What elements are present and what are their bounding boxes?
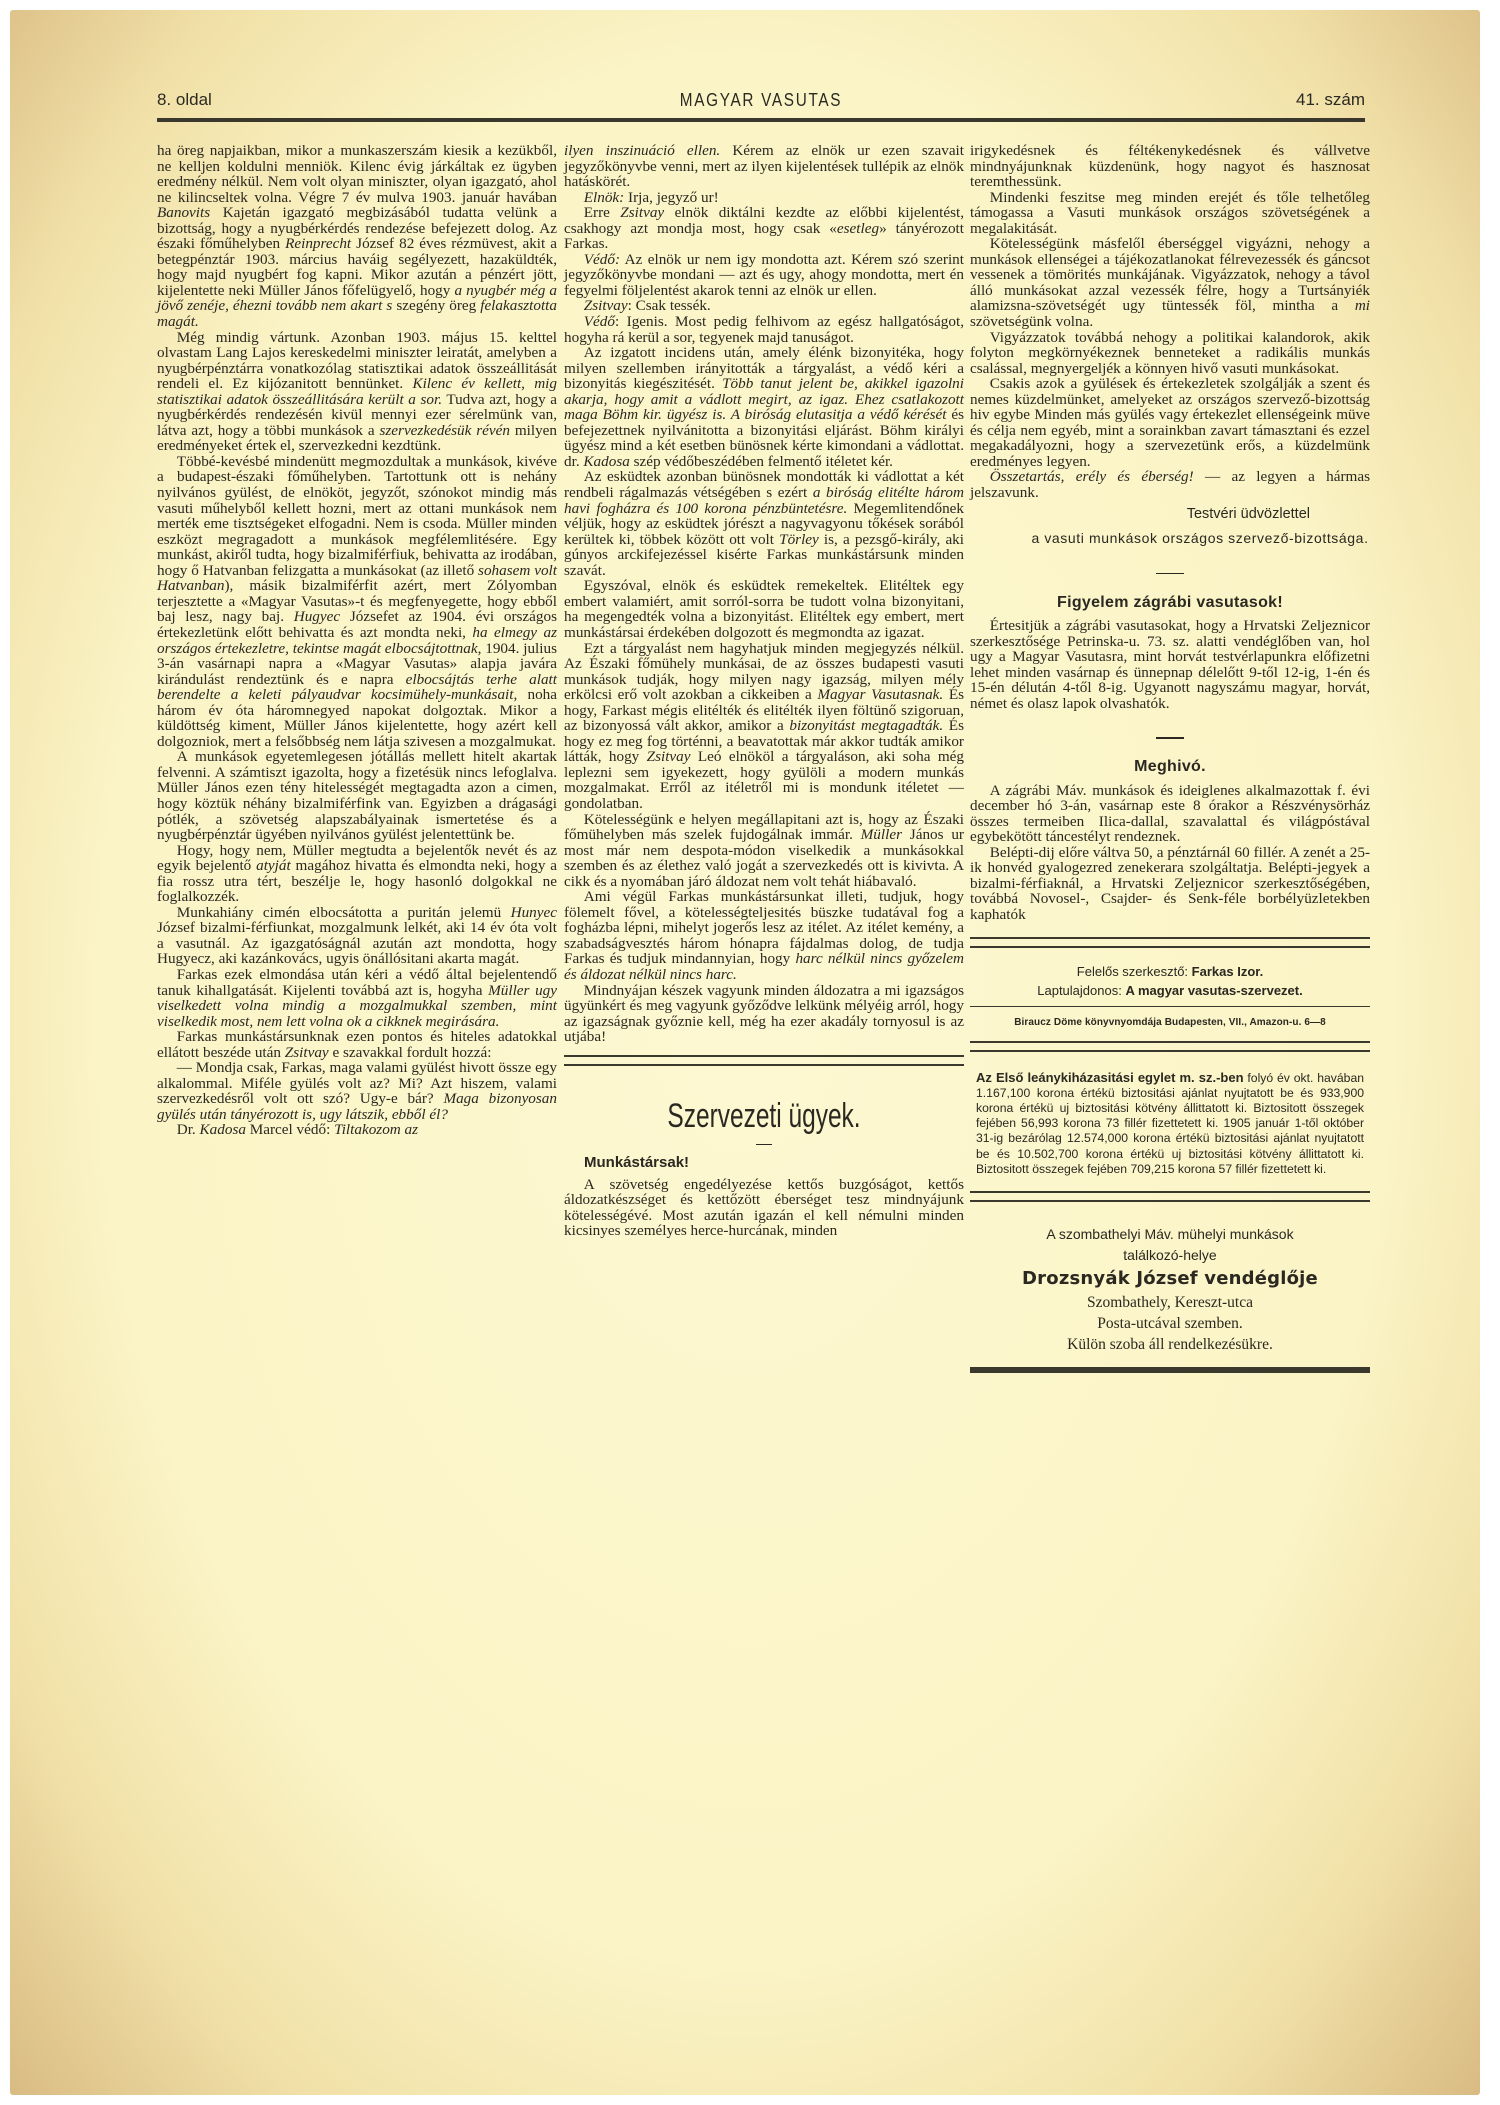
notice-heading-invitation: Meghivó. (970, 759, 1370, 775)
section-heading: Szervezeti ügyek. (620, 1096, 908, 1136)
separator-dash (970, 730, 1370, 746)
page-header: 8. oldal MAGYAR VASUTAS 41. szám (157, 90, 1365, 130)
article-paragraph: Mindenki feszitse meg minden erejét és t… (970, 190, 1370, 237)
invitation-paragraph: A zágrábi Máv. munkások és ideiglenes al… (970, 783, 1370, 845)
signature: a vasuti munkások országos szervező-bizo… (970, 530, 1370, 547)
article-paragraph: Az esküdtek azonban bünösnek mondották k… (564, 469, 964, 578)
article-paragraph: Egyszóval, elnök és esküdtek remekeltek.… (564, 578, 964, 640)
article-paragraph: ha öreg napjaikban, mikor a munkaszerszá… (157, 143, 557, 330)
article-paragraph: Erre Zsitvay elnök diktálni kezdte az el… (564, 205, 964, 252)
heading-dash (756, 1144, 772, 1146)
advert-address-detail: Posta-utcával szemben. (1097, 1315, 1242, 1332)
article-paragraph: Elnök: Irja, jegyző ur! (564, 190, 964, 206)
advert-divider (970, 1041, 1370, 1052)
editor-label: Felelős szerkesztő: (1077, 964, 1188, 979)
insurance-advert: Az Első leánykiházasitási egylet m. sz.-… (970, 1070, 1370, 1177)
article-paragraph: Kötelességünk másfelől éberséggel vigyáz… (970, 236, 1370, 329)
advert-line: találkozó-helye (970, 1245, 1370, 1266)
printer-line: Biraucz Döme könyvnyomdája Budapesten, V… (970, 1015, 1370, 1031)
insurance-advert-lead: Az Első leánykiházasitási egylet m. sz.-… (976, 1070, 1244, 1085)
article-paragraph: Vigyázzatok továbbá nehogy a politikai k… (970, 330, 1370, 377)
article-paragraph: Farkas munkástársunknak ezen pontos és h… (157, 1029, 557, 1060)
article-paragraph: Mindnyájan készek vagyunk minden áldozat… (564, 983, 964, 1045)
owner-line: Laptulajdonos: A magyar vasutas-szerveze… (970, 981, 1370, 1000)
article-paragraph: Az izgatott incidens után, amely élénk b… (564, 345, 964, 469)
article-paragraph: Ami végül Farkas munkástársunkat illeti,… (564, 889, 964, 982)
advert-divider (970, 1191, 1370, 1202)
sub-heading: Munkástársak! (584, 1155, 964, 1171)
column-middle: ilyen inszinuáció ellen. Kérem az elnök … (564, 143, 964, 1239)
article-paragraph: Védő: Az elnök ur nem igy mondotta azt. … (564, 252, 964, 299)
article-paragraph: Hogy, hogy nem, Müller megtudta a bejele… (157, 843, 557, 905)
bottom-rule (970, 1367, 1370, 1373)
article-paragraph: Farkas ezek elmondása után kéri a védő á… (157, 967, 557, 1029)
article-paragraph: Védő: Igenis. Most pedig felhivom az egé… (564, 314, 964, 345)
owner-name: A magyar vasutas-szervezet. (1125, 983, 1302, 998)
issue-number: 41. szám (1296, 90, 1365, 110)
section-paragraph: A szövetség engedélyezése kettős buzgósá… (564, 1177, 964, 1239)
closing-greeting: Testvéri üdvözlettel (970, 507, 1370, 523)
header-rule (157, 118, 1365, 122)
notice-heading-zagreb: Figyelem zágrábi vasutasok! (970, 595, 1370, 611)
article-paragraph: A munkások egyetemlegesen jótállás melle… (157, 749, 557, 842)
imprint-divider (970, 937, 1370, 948)
article-paragraph: Dr. Kadosa Marcel védő: Tiltakozom az (157, 1122, 557, 1138)
article-paragraph: Munkahiány cimén elbocsátotta a puritán … (157, 905, 557, 967)
restaurant-advert: A szombathelyi Máv. mühelyi munkások tal… (970, 1224, 1370, 1355)
advert-note: Külön szoba áll rendelkezésükre. (1067, 1336, 1273, 1353)
editor-line: Felelős szerkesztő: Farkas Izor. (970, 962, 1370, 981)
invitation-paragraph: Belépti-dij előre váltva 50, a pénztárná… (970, 845, 1370, 923)
column-right: irigykedésnek és féltékenykedésnek és vá… (970, 143, 1370, 1373)
advert-line: A szombathelyi Máv. mühelyi munkások (970, 1224, 1370, 1245)
article-paragraph: Zsitvay: Csak tessék. (564, 298, 964, 314)
section-divider (564, 1055, 964, 1066)
advert-address: Szombathely, Kereszt-utca (1087, 1294, 1253, 1311)
separator-dash (970, 565, 1370, 581)
article-paragraph: irigykedésnek és féltékenykedésnek és vá… (970, 143, 1370, 190)
insurance-advert-body: folyó év okt. havában 1.167,100 korona é… (976, 1071, 1364, 1176)
article-paragraph: Többé-kevésbé mindenütt megmozdultak a m… (157, 454, 557, 749)
masthead-title: MAGYAR VASUTAS (248, 90, 1275, 111)
column-left: ha öreg napjaikban, mikor a munkaszerszá… (157, 143, 557, 1138)
page-number: 8. oldal (157, 90, 212, 110)
editor-name: Farkas Izor. (1192, 964, 1264, 979)
notice-body-zagreb: Értesitjük a zágrábi vasutasokat, hogy a… (970, 618, 1370, 711)
article-paragraph: Kötelességünk e helyen megállapitani azt… (564, 812, 964, 890)
owner-label: Laptulajdonos: (1037, 983, 1122, 998)
article-paragraph: Összetartás, erély és éberség! — az legy… (970, 469, 1370, 500)
article-paragraph: Ezt a tárgyalást nem hagyhatjuk minden m… (564, 641, 964, 812)
imprint-rule (970, 1006, 1370, 1008)
article-paragraph: Még mindig vártunk. Azonban 1903. május … (157, 330, 557, 454)
restaurant-name: Drozsnyák József vendéglője (970, 1266, 1370, 1292)
article-paragraph: — Mondja csak, Farkas, maga valami gyülé… (157, 1060, 557, 1122)
article-paragraph: Csakis azok a gyülések és értekezletek s… (970, 376, 1370, 469)
article-paragraph: ilyen inszinuáció ellen. Kérem az elnök … (564, 143, 964, 190)
